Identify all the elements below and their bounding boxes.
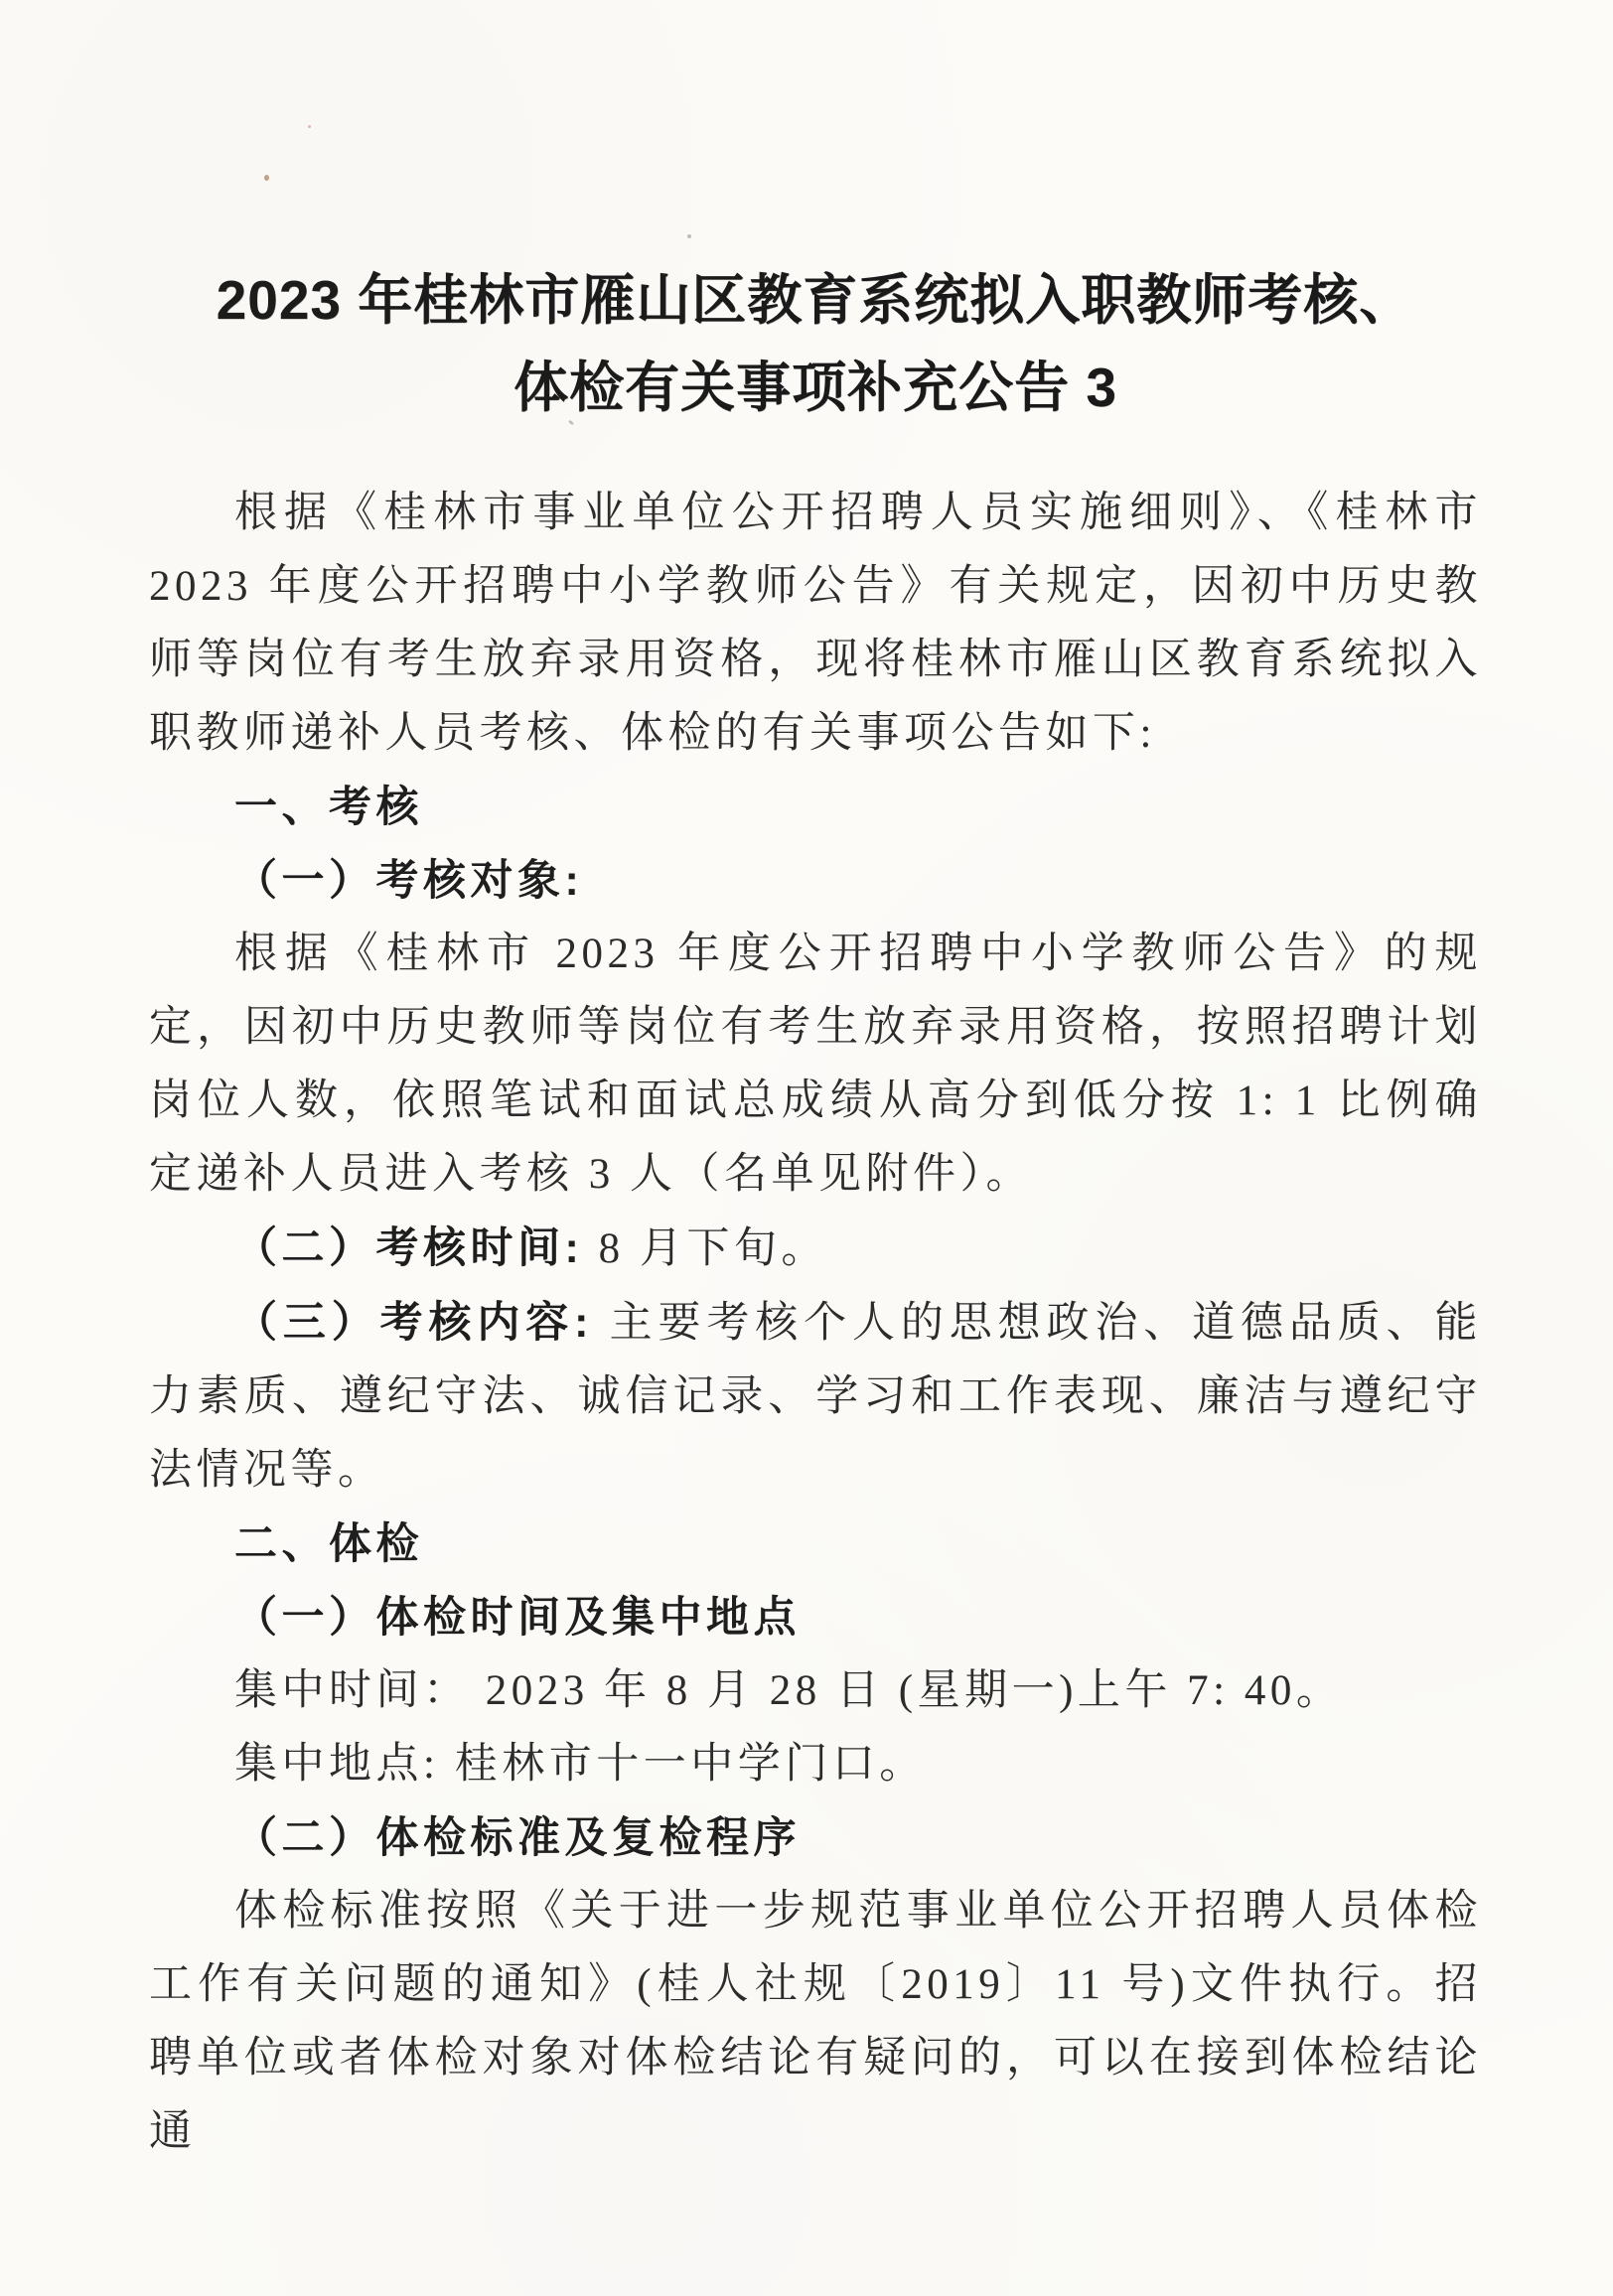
paragraph-exam-standard: 体检标准按照《关于进一步规范事业单位公开招聘人员体检工作有关问题的通知》(桂人社… <box>149 1875 1482 2169</box>
document-text: 根据《桂林市事业单位公开招聘人员实施细则》、《桂林市 2023 年度公开招聘中小… <box>149 477 1482 2169</box>
assessment-time-label: （二）考核时间: <box>234 1224 583 1272</box>
heading-section-2-physical-exam: 二、体检 <box>149 1507 1482 1581</box>
assessment-content-label: （三）考核内容: <box>234 1299 593 1347</box>
heading-exam-time-location: （一）体检时间及集中地点 <box>149 1581 1482 1654</box>
paragraph-gather-time: 集中时间： 2023 年 8 月 28 日 (星期一)上午 7: 40。 <box>149 1654 1482 1728</box>
paragraph-gather-location: 集中地点: 桂林市十一中学门口。 <box>149 1728 1482 1801</box>
document-body: 2023 年桂林市雁山区教育系统拟入职教师考核、 体检有关事项补充公告 3 根据… <box>0 0 1613 2169</box>
heading-section-1-assessment: 一、考核 <box>149 771 1482 844</box>
document-title: 2023 年桂林市雁山区教育系统拟入职教师考核、 体检有关事项补充公告 3 <box>149 256 1482 431</box>
paragraph-assessment-time: （二）考核时间: 8 月下旬。 <box>149 1212 1482 1286</box>
document-title-line-1: 2023 年桂林市雁山区教育系统拟入职教师考核、 <box>149 256 1482 344</box>
paragraph-intro: 根据《桂林市事业单位公开招聘人员实施细则》、《桂林市 2023 年度公开招聘中小… <box>149 477 1482 771</box>
document-title-line-2: 体检有关事项补充公告 3 <box>149 344 1482 431</box>
paragraph-assessment-content: （三）考核内容: 主要考核个人的思想政治、道德品质、能力素质、遵纪守法、诚信记录… <box>149 1286 1482 1507</box>
heading-assessment-target: （一）考核对象: <box>149 844 1482 918</box>
scanned-document-page: 2023 年桂林市雁山区教育系统拟入职教师考核、 体检有关事项补充公告 3 根据… <box>0 0 1613 2296</box>
paragraph-assessment-target: 根据《桂林市 2023 年度公开招聘中小学教师公告》的规定，因初中历史教师等岗位… <box>149 918 1482 1212</box>
assessment-time-value: 8 月下旬。 <box>583 1225 828 1272</box>
heading-exam-standard: （二）体检标准及复检程序 <box>149 1801 1482 1875</box>
